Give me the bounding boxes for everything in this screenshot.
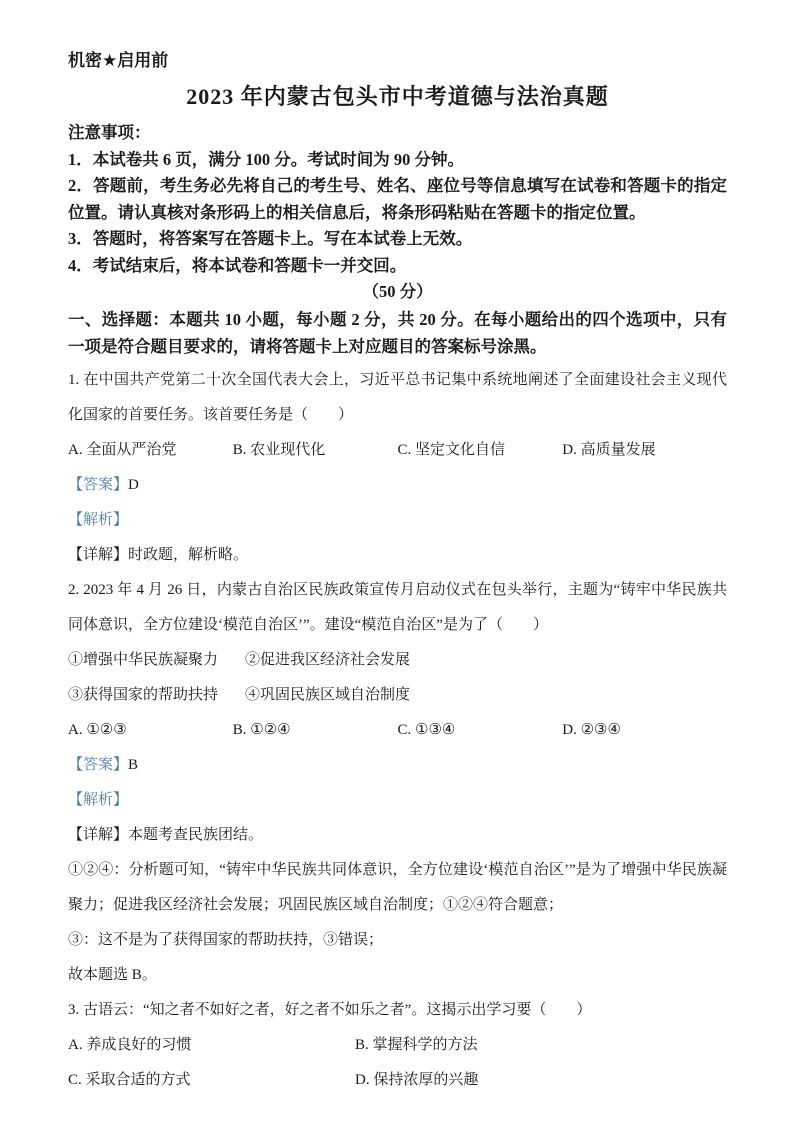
- option-d: D. 保持浓厚的兴趣: [355, 1063, 478, 1098]
- document-title: 2023 年内蒙古包头市中考道德与法治真题: [68, 80, 727, 111]
- notice-list: 1．本试卷共 6 页，满分 100 分。考试时间为 90 分钟。 2．答题前，考…: [68, 147, 727, 280]
- answer-value: D: [128, 477, 139, 493]
- option-row: A. 全面从严治党 B. 农业现代化 C. 坚定文化自信 D. 高质量发展: [68, 433, 727, 468]
- sub-item-1: ①增强中华民族凝聚力: [68, 643, 245, 678]
- notice-item-1: 1．本试卷共 6 页，满分 100 分。考试时间为 90 分钟。: [68, 147, 727, 174]
- answer-label: 【答案】: [68, 757, 128, 773]
- detail-text: 本题考查民族团结。: [128, 827, 263, 843]
- option-row: C. 采取合适的方式 D. 保持浓厚的兴趣: [68, 1063, 727, 1098]
- option-row: A. 养成良好的习惯 B. 掌握科学的方法: [68, 1028, 727, 1063]
- option-b: B. ①②④: [233, 713, 398, 748]
- detail-text: 时政题，解析略。: [128, 547, 248, 563]
- analysis-label: 【解析】: [68, 792, 128, 808]
- question-2: 2. 2023 年 4 月 26 日，内蒙古自治区民族政策宣传月启动仪式在包头举…: [68, 573, 727, 993]
- question-1: 1. 在中国共产党第二十次全国代表大会上，习近平总书记集中系统地阐述了全面建设社…: [68, 363, 727, 573]
- sub-item-4: ④巩固民族区域自治制度: [245, 678, 410, 713]
- option-a: A. 全面从严治党: [68, 433, 233, 468]
- sub-item-2: ②促进我区经济社会发展: [245, 643, 410, 678]
- option-c: C. ①③④: [398, 713, 563, 748]
- option-a: A. 养成良好的习惯: [68, 1028, 355, 1063]
- option-c: C. 采取合适的方式: [68, 1063, 355, 1098]
- option-a: A. ①②③: [68, 713, 233, 748]
- detail-label: 【详解】: [68, 827, 128, 843]
- analysis-label: 【解析】: [68, 512, 128, 528]
- answer-line: 【答案】B: [68, 748, 727, 783]
- answer-value: B: [128, 757, 138, 773]
- option-c: C. 坚定文化自信: [398, 433, 563, 468]
- option-d: D. 高质量发展: [562, 433, 727, 468]
- option-b: B. 掌握科学的方法: [355, 1028, 478, 1063]
- answer-label: 【答案】: [68, 477, 128, 493]
- question-stem: 2. 2023 年 4 月 26 日，内蒙古自治区民族政策宣传月启动仪式在包头举…: [68, 573, 727, 643]
- question-3: 3. 古语云：“知之者不如好之者，好之者不如乐之者”。这揭示出学习要（ ） A.…: [68, 993, 727, 1098]
- option-d: D. ②③④: [562, 713, 727, 748]
- detail-label: 【详解】: [68, 547, 128, 563]
- question-stem: 1. 在中国共产党第二十次全国代表大会上，习近平总书记集中系统地阐述了全面建设社…: [68, 363, 727, 433]
- detail-line: 【详解】本题考查民族团结。: [68, 818, 727, 853]
- notice-heading: 注意事项：: [68, 120, 727, 147]
- explanation-paragraph: ③：这不是为了获得国家的帮助扶持，③错误；: [68, 923, 727, 958]
- sub-item-row: ①增强中华民族凝聚力 ②促进我区经济社会发展: [68, 643, 727, 678]
- sub-item-row: ③获得国家的帮助扶持 ④巩固民族区域自治制度: [68, 678, 727, 713]
- notice-item-3: 3．答题时，将答案写在答题卡上。写在本试卷上无效。: [68, 226, 727, 253]
- sub-item-3: ③获得国家的帮助扶持: [68, 678, 245, 713]
- section-one-heading: 一、选择题：本题共 10 小题，每小题 2 分，共 20 分。在每小题给出的四个…: [68, 306, 727, 361]
- notice-item-4: 4．考试结束后，将本试卷和答题卡一并交回。: [68, 253, 727, 280]
- option-row: A. ①②③ B. ①②④ C. ①③④ D. ②③④: [68, 713, 727, 748]
- detail-line: 【详解】时政题，解析略。: [68, 538, 727, 573]
- exam-document-page: 机密★启用前 2023 年内蒙古包头市中考道德与法治真题 注意事项： 1．本试卷…: [0, 0, 793, 1098]
- answer-line: 【答案】D: [68, 468, 727, 503]
- section-score: （50 分）: [68, 279, 727, 306]
- confidential-banner: 机密★启用前: [68, 46, 727, 71]
- notice-item-2: 2．答题前，考生务必先将自己的考生号、姓名、座位号等信息填写在试卷和答题卡的指定…: [68, 173, 727, 226]
- question-stem: 3. 古语云：“知之者不如好之者，好之者不如乐之者”。这揭示出学习要（ ）: [68, 993, 727, 1028]
- analysis-line: 【解析】: [68, 783, 727, 818]
- explanation-paragraph: 故本题选 B。: [68, 958, 727, 993]
- explanation-paragraph: ①②④：分析题可知，“铸牢中华民族共同体意识，全方位建设‘模范自治区’”是为了增…: [68, 853, 727, 923]
- option-b: B. 农业现代化: [233, 433, 398, 468]
- analysis-line: 【解析】: [68, 503, 727, 538]
